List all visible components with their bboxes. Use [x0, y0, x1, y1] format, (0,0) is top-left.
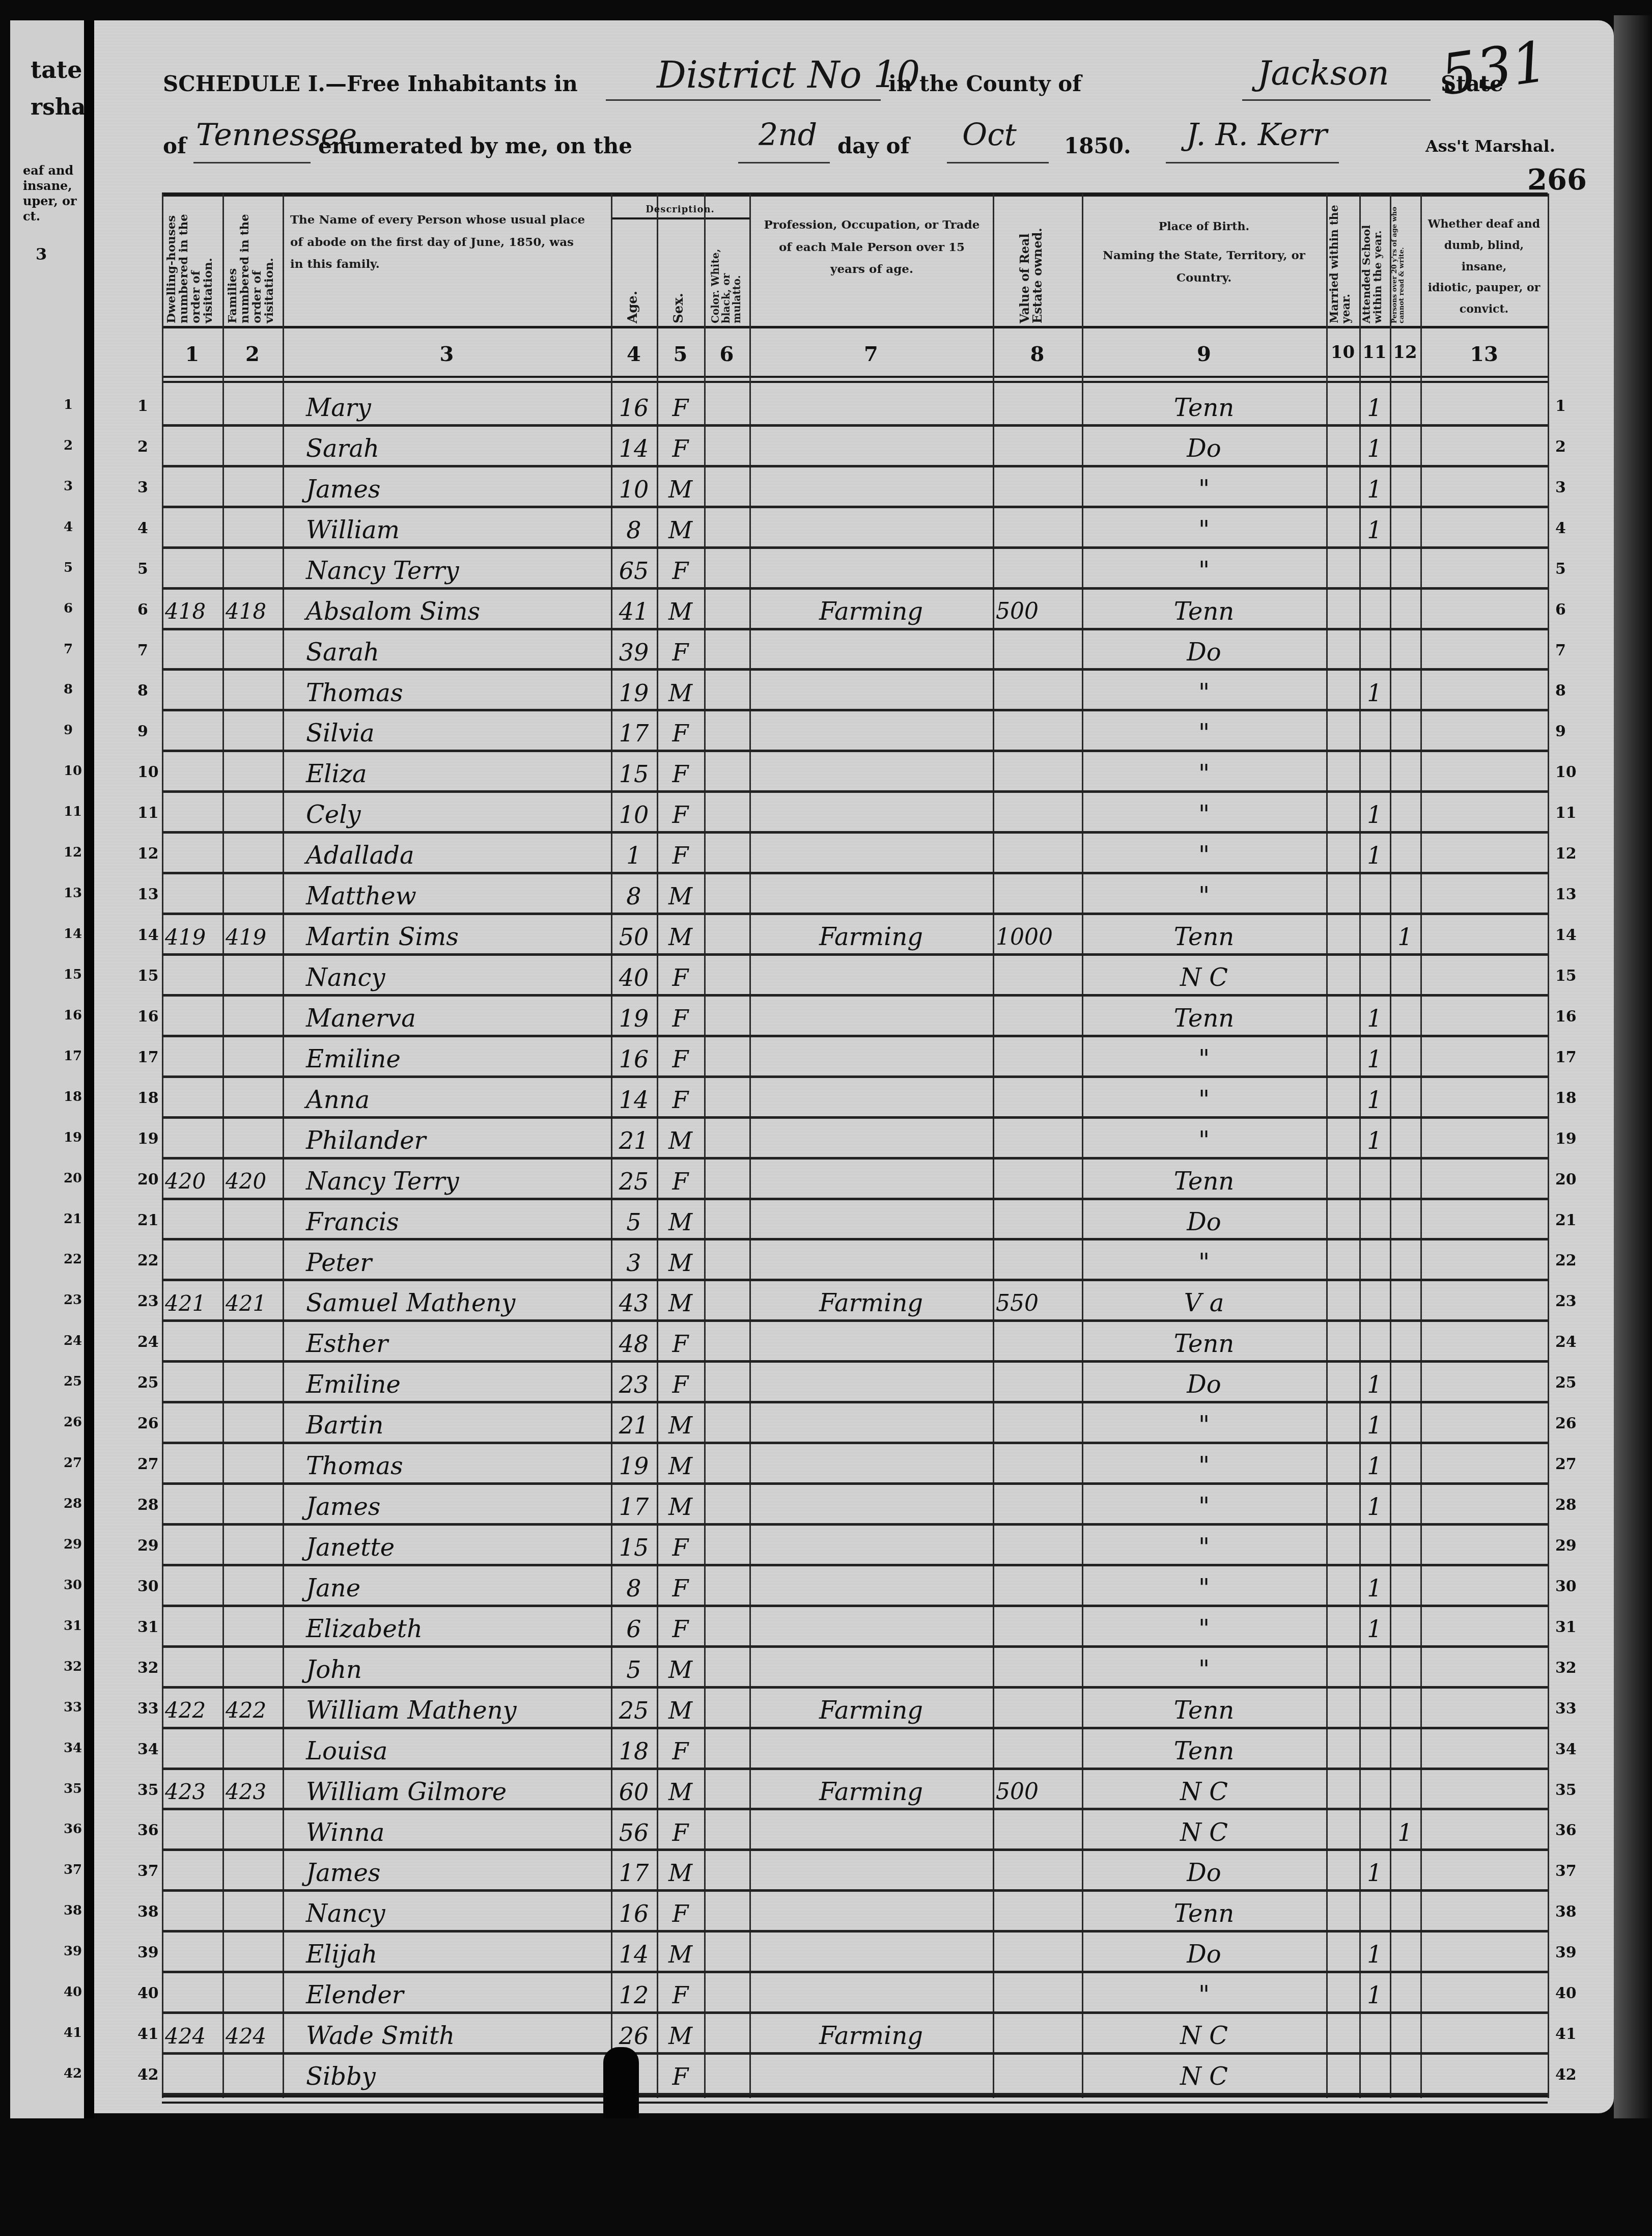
- married-mark: [1329, 1082, 1356, 1118]
- left-page-line-number: 1: [64, 397, 73, 412]
- illiterate-mark: [1393, 1652, 1417, 1688]
- occupation: [752, 431, 990, 466]
- illiterate-mark: [1393, 2018, 1417, 2054]
- dwelling-number: [165, 1489, 219, 1525]
- line-number-left: 26: [137, 1415, 159, 1432]
- table-row: Louisa18FTenn: [162, 1729, 1548, 1770]
- sex: F: [660, 553, 701, 589]
- school-mark: [1362, 1285, 1387, 1321]
- school-mark: [1362, 1733, 1387, 1769]
- line-number-left: 34: [137, 1741, 159, 1758]
- real-estate-value: [996, 1693, 1079, 1728]
- birthplace: N C: [1085, 1774, 1323, 1810]
- birthplace: Tenn: [1085, 1326, 1323, 1362]
- condition: [1423, 1407, 1545, 1443]
- age: 56: [614, 1815, 654, 1851]
- left-page-line-number: 5: [64, 560, 73, 575]
- family-number: [226, 1367, 279, 1402]
- age: 21: [614, 1123, 654, 1158]
- left-page-line-number: 32: [64, 1659, 82, 1674]
- header-family: Families numbered in the order of visita…: [227, 204, 280, 323]
- age: 1: [614, 838, 654, 873]
- sex: M: [660, 1693, 701, 1728]
- sex: F: [660, 960, 701, 996]
- occupation: [752, 1082, 990, 1118]
- condition: [1423, 1977, 1545, 2013]
- age: 19: [614, 1448, 654, 1484]
- married-mark: [1329, 1815, 1356, 1851]
- birthplace: ": [1085, 472, 1323, 507]
- condition: [1423, 838, 1545, 873]
- line-number-left: 10: [137, 763, 159, 781]
- dwelling-number: [165, 1245, 219, 1281]
- family-number: 418: [226, 594, 279, 629]
- dwelling-number: [165, 878, 219, 914]
- sex: M: [660, 1652, 701, 1688]
- age: 19: [614, 675, 654, 711]
- sex: F: [660, 1815, 701, 1851]
- left-page-line-number: 37: [64, 1862, 82, 1878]
- line-number-right: 30: [1555, 1578, 1577, 1595]
- real-estate-value: [996, 1489, 1079, 1525]
- birthplace: ": [1085, 1041, 1323, 1077]
- person-name: Bartin: [286, 1407, 628, 1443]
- family-number: [226, 1896, 279, 1931]
- condition: [1423, 1937, 1545, 1972]
- line-number-right: 39: [1555, 1944, 1577, 1962]
- line-number-left: 7: [137, 642, 148, 659]
- birthplace: ": [1085, 797, 1323, 833]
- district-field: District No 10: [657, 53, 920, 96]
- left-page-line-number: 28: [64, 1496, 82, 1511]
- real-estate-value: [996, 1123, 1079, 1158]
- real-estate-value: [996, 838, 1079, 873]
- left-page-line-number: 42: [64, 2066, 82, 2081]
- sex: F: [660, 431, 701, 466]
- real-estate-value: [996, 1815, 1079, 1851]
- left-page-line-number: 35: [64, 1781, 82, 1797]
- illiterate-mark: [1393, 1896, 1417, 1931]
- left-page-line-number: 22: [64, 1252, 82, 1267]
- dwelling-number: 421: [165, 1285, 219, 1321]
- illiterate-mark: [1393, 1489, 1417, 1525]
- married-mark: [1329, 838, 1356, 873]
- line-number-left: 8: [137, 682, 148, 700]
- header-line: idiotic, pauper, or: [1423, 278, 1545, 299]
- person-name: Winna: [286, 1815, 628, 1851]
- line-number-right: 24: [1555, 1333, 1577, 1351]
- occupation: [752, 512, 990, 548]
- real-estate-value: [996, 1326, 1079, 1362]
- person-name: Matthew: [286, 878, 628, 914]
- illiterate-mark: [1393, 1326, 1417, 1362]
- left-page-line-number: 26: [64, 1415, 82, 1430]
- sex: F: [660, 797, 701, 833]
- line-number-left: 15: [137, 967, 159, 985]
- line-number-right: 9: [1555, 723, 1566, 740]
- line-number-right: 10: [1555, 763, 1577, 781]
- illiterate-mark: [1393, 715, 1417, 751]
- line-number-right: 13: [1555, 886, 1577, 903]
- sex: F: [660, 2059, 701, 2094]
- line-number-right: 37: [1555, 1862, 1577, 1880]
- dwelling-number: 422: [165, 1693, 219, 1728]
- school-mark: [1362, 1774, 1387, 1810]
- person-name: Eliza: [286, 756, 628, 792]
- line-number-left: 36: [137, 1821, 159, 1839]
- column-number-rule-2: [162, 381, 1548, 383]
- dwelling-number: [165, 1407, 219, 1443]
- real-estate-value: 500: [996, 594, 1079, 629]
- illiterate-mark: [1393, 838, 1417, 873]
- family-number: [226, 1530, 279, 1565]
- header-dwelling: Dwelling-houses numbered in the order of…: [165, 204, 221, 323]
- family-number: [226, 1204, 279, 1240]
- line-number-left: 18: [137, 1089, 159, 1107]
- birthplace: ": [1085, 756, 1323, 792]
- real-estate-value: [996, 553, 1079, 589]
- marshal-underline: [1166, 162, 1339, 163]
- person-name: Absalom Sims: [286, 594, 628, 629]
- sex: F: [660, 1896, 701, 1931]
- line-number-right: 32: [1555, 1659, 1577, 1677]
- person-name: Thomas: [286, 675, 628, 711]
- family-number: [226, 1611, 279, 1647]
- age: 16: [614, 1896, 654, 1931]
- condition: [1423, 634, 1545, 670]
- birthplace: ": [1085, 1611, 1323, 1647]
- illiterate-mark: [1393, 756, 1417, 792]
- column-number: 10: [1326, 342, 1359, 363]
- family-number: 419: [226, 919, 279, 955]
- occupation: [752, 797, 990, 833]
- line-number-right: 26: [1555, 1415, 1577, 1432]
- condition: [1423, 1245, 1545, 1281]
- table-bottom-rule-1: [162, 2095, 1548, 2097]
- family-number: [226, 1815, 279, 1851]
- school-mark: [1362, 919, 1387, 955]
- age: 48: [614, 1326, 654, 1362]
- married-mark: [1329, 1774, 1356, 1810]
- enumerated-label: enumerated by me, on the: [318, 133, 632, 158]
- family-number: [226, 1489, 279, 1525]
- header-line: of each Male Person over 15: [753, 236, 990, 259]
- left-page-line-number: 29: [64, 1537, 82, 1552]
- line-number-right: 4: [1555, 519, 1566, 537]
- married-mark: [1329, 1164, 1356, 1199]
- table-row: Francis5MDo: [162, 1200, 1548, 1241]
- condition: [1423, 797, 1545, 833]
- person-name: Wade Smith: [286, 2018, 628, 2054]
- school-mark: [1362, 594, 1387, 629]
- dwelling-number: [165, 797, 219, 833]
- school-mark: 1: [1362, 675, 1387, 711]
- age: 17: [614, 1489, 654, 1525]
- age: 60: [614, 1774, 654, 1810]
- header-line: Profession, Occupation, or Trade: [753, 214, 990, 236]
- left-page-line-number: 14: [64, 926, 82, 942]
- line-number-left: 33: [137, 1700, 159, 1718]
- illiterate-mark: [1393, 1448, 1417, 1484]
- condition: [1423, 1285, 1545, 1321]
- illiterate-mark: [1393, 675, 1417, 711]
- line-number-left: 16: [137, 1008, 159, 1026]
- table-row: Peter3M": [162, 1241, 1548, 1282]
- dwelling-number: [165, 1896, 219, 1931]
- line-number-right: 28: [1555, 1496, 1577, 1514]
- left-page-fragment: tate rshal. eaf andinsane,uper, orct. 3: [10, 20, 87, 2118]
- table-row: Esther48FTenn: [162, 1322, 1548, 1363]
- table-row: Anna14F"1: [162, 1078, 1548, 1119]
- family-number: [226, 1652, 279, 1688]
- line-number-left: 37: [137, 1862, 159, 1880]
- school-mark: [1362, 1204, 1387, 1240]
- birthplace: Do: [1085, 1855, 1323, 1891]
- table-row: Adallada1F"1: [162, 834, 1548, 874]
- table-top-rule: [162, 192, 1548, 197]
- birthplace: ": [1085, 553, 1323, 589]
- occupation: [752, 553, 990, 589]
- birthplace: ": [1085, 1652, 1323, 1688]
- dwelling-number: [165, 472, 219, 507]
- illiterate-mark: [1393, 634, 1417, 670]
- birthplace: Do: [1085, 634, 1323, 670]
- left-page-line-number: 38: [64, 1903, 82, 1918]
- family-number: [226, 1937, 279, 1972]
- header-illiterate: Persons over 20 y'rs of age who cannot r…: [1391, 204, 1419, 323]
- condition: [1423, 1774, 1545, 1810]
- left-page-line: uper, or: [23, 194, 77, 209]
- age: 12: [614, 1977, 654, 2013]
- married-mark: [1329, 472, 1356, 507]
- line-number-left: 11: [137, 804, 159, 822]
- family-number: [226, 1570, 279, 1606]
- real-estate-value: [996, 1448, 1079, 1484]
- illiterate-mark: [1393, 1733, 1417, 1769]
- dwelling-number: [165, 1937, 219, 1972]
- birthplace: Do: [1085, 1204, 1323, 1240]
- occupation: [752, 1326, 990, 1362]
- condition: [1423, 1123, 1545, 1158]
- person-name: Philander: [286, 1123, 628, 1158]
- real-estate-value: [996, 1367, 1079, 1402]
- family-number: [226, 1082, 279, 1118]
- occupation: Farming: [752, 2018, 990, 2054]
- school-mark: 1: [1362, 472, 1387, 507]
- sex: M: [660, 675, 701, 711]
- header-line: in this family.: [290, 253, 603, 275]
- married-mark: [1329, 1693, 1356, 1728]
- sex: F: [660, 1041, 701, 1077]
- sex: M: [660, 1937, 701, 1972]
- person-name: Anna: [286, 1082, 628, 1118]
- married-mark: [1329, 1204, 1356, 1240]
- left-page-line-number: 25: [64, 1374, 82, 1389]
- line-number-right: 11: [1555, 804, 1577, 822]
- dwelling-number: 420: [165, 1164, 219, 1199]
- real-estate-value: [996, 1041, 1079, 1077]
- dwelling-number: 424: [165, 2018, 219, 2054]
- school-mark: 1: [1362, 797, 1387, 833]
- person-name: Nancy Terry: [286, 553, 628, 589]
- sex: F: [660, 1082, 701, 1118]
- condition: [1423, 675, 1545, 711]
- line-number-left: 25: [137, 1374, 159, 1392]
- line-number-right: 5: [1555, 560, 1566, 578]
- family-number: 420: [226, 1164, 279, 1199]
- school-mark: [1362, 634, 1387, 670]
- header-line: years of age.: [753, 258, 990, 281]
- married-mark: [1329, 1123, 1356, 1158]
- occupation: [752, 1367, 990, 1402]
- school-mark: 1: [1362, 390, 1387, 426]
- married-mark: [1329, 1326, 1356, 1362]
- sex: M: [660, 919, 701, 955]
- left-page-line-number: 27: [64, 1455, 82, 1471]
- married-mark: [1329, 1733, 1356, 1769]
- line-number-left: 12: [137, 845, 159, 863]
- district-underline: [606, 99, 881, 101]
- table-row: Manerva19FTenn1: [162, 997, 1548, 1037]
- line-number-right: 36: [1555, 1821, 1577, 1839]
- left-page-line-number: 34: [64, 1741, 82, 1756]
- left-page-line-number: 13: [64, 886, 82, 901]
- left-page-line-number: 6: [64, 601, 73, 616]
- dwelling-number: [165, 512, 219, 548]
- illiterate-mark: [1393, 1407, 1417, 1443]
- column-number: 7: [749, 342, 993, 366]
- real-estate-value: [996, 512, 1079, 548]
- real-estate-value: [996, 2018, 1079, 2054]
- school-mark: 1: [1362, 431, 1387, 466]
- state-underline: [193, 162, 311, 163]
- condition: [1423, 1164, 1545, 1199]
- sex: M: [660, 878, 701, 914]
- school-mark: [1362, 1164, 1387, 1199]
- sex: F: [660, 756, 701, 792]
- occupation: Farming: [752, 594, 990, 629]
- sex: F: [660, 1530, 701, 1565]
- married-mark: [1329, 1407, 1356, 1443]
- header-school: Attended School within the year.: [1361, 204, 1388, 323]
- line-number-right: 35: [1555, 1781, 1577, 1799]
- school-mark: 1: [1362, 1123, 1387, 1158]
- condition: [1423, 1815, 1545, 1851]
- age: 3: [614, 1245, 654, 1281]
- county-underline: [1242, 99, 1431, 101]
- family-number: 422: [226, 1693, 279, 1728]
- day-underline: [738, 162, 830, 163]
- illiterate-mark: [1393, 1530, 1417, 1565]
- table-row: 423423William Gilmore60MFarming500N C: [162, 1770, 1548, 1811]
- column-number: 3: [283, 342, 611, 366]
- married-mark: [1329, 2018, 1356, 2054]
- illiterate-mark: [1393, 472, 1417, 507]
- school-mark: [1362, 1815, 1387, 1851]
- age: 8: [614, 512, 654, 548]
- school-mark: 1: [1362, 1570, 1387, 1606]
- line-number-left: 20: [137, 1171, 159, 1189]
- sex: M: [660, 594, 701, 629]
- occupation: [752, 1489, 990, 1525]
- illiterate-mark: [1393, 390, 1417, 426]
- school-mark: 1: [1362, 1855, 1387, 1891]
- married-mark: [1329, 594, 1356, 629]
- person-name: Sarah: [286, 634, 628, 670]
- line-number-right: 8: [1555, 682, 1566, 700]
- illiterate-mark: [1393, 1001, 1417, 1036]
- person-name: Mary: [286, 390, 628, 426]
- header-line: convict.: [1423, 299, 1545, 320]
- table-row: Mary16FTenn1: [162, 386, 1548, 427]
- table-row: Elijah14MDo1: [162, 1933, 1548, 1973]
- condition: [1423, 431, 1545, 466]
- school-mark: [1362, 1896, 1387, 1931]
- person-name: Nancy Terry: [286, 1164, 628, 1199]
- left-page-line-number: 21: [64, 1211, 82, 1227]
- dwelling-number: [165, 1570, 219, 1606]
- line-number-left: 19: [137, 1130, 159, 1148]
- county-field: Jackson: [1257, 53, 1389, 93]
- of-label: of: [163, 133, 186, 158]
- condition: [1423, 1693, 1545, 1728]
- illiterate-mark: [1393, 1123, 1417, 1158]
- person-name: John: [286, 1652, 628, 1688]
- condition: [1423, 1652, 1545, 1688]
- occupation: [752, 715, 990, 751]
- sex: M: [660, 1285, 701, 1321]
- dwelling-number: [165, 1530, 219, 1565]
- illiterate-mark: [1393, 1570, 1417, 1606]
- left-page-line-number: 18: [64, 1089, 82, 1105]
- married-mark: [1329, 919, 1356, 955]
- line-number-right: 12: [1555, 845, 1577, 863]
- person-name: William Gilmore: [286, 1774, 628, 1810]
- person-name: Martin Sims: [286, 919, 628, 955]
- left-page-line-number: 3: [64, 479, 73, 494]
- illiterate-mark: [1393, 2059, 1417, 2094]
- sex: F: [660, 1611, 701, 1647]
- header-married: Married within the year.: [1329, 204, 1357, 323]
- person-name: James: [286, 472, 628, 507]
- married-mark: [1329, 1285, 1356, 1321]
- age: 16: [614, 390, 654, 426]
- line-number-left: 1: [137, 397, 148, 415]
- occupation: [752, 1611, 990, 1647]
- line-number-right: 22: [1555, 1252, 1577, 1269]
- binding-gutter: [84, 20, 94, 2118]
- real-estate-value: [996, 1001, 1079, 1036]
- birthplace: Tenn: [1085, 1164, 1323, 1199]
- person-name: Sarah: [286, 431, 628, 466]
- person-name: Thomas: [286, 1448, 628, 1484]
- real-estate-value: [996, 1407, 1079, 1443]
- month-field: Oct: [962, 117, 1017, 153]
- table-row: Nancy40FN C: [162, 956, 1548, 997]
- left-page-line-number: 31: [64, 1618, 82, 1634]
- real-estate-value: [996, 878, 1079, 914]
- real-estate-value: [996, 715, 1079, 751]
- person-name: Adallada: [286, 838, 628, 873]
- person-name: Peter: [286, 1245, 628, 1281]
- line-number-left: 28: [137, 1496, 159, 1514]
- dwelling-number: [165, 715, 219, 751]
- left-page-line-number: 4: [64, 519, 73, 535]
- table-bottom-rule-2: [162, 2102, 1548, 2104]
- left-page-line-number: 8: [64, 682, 73, 697]
- line-number-right: 16: [1555, 1008, 1577, 1026]
- age: 23: [614, 1367, 654, 1402]
